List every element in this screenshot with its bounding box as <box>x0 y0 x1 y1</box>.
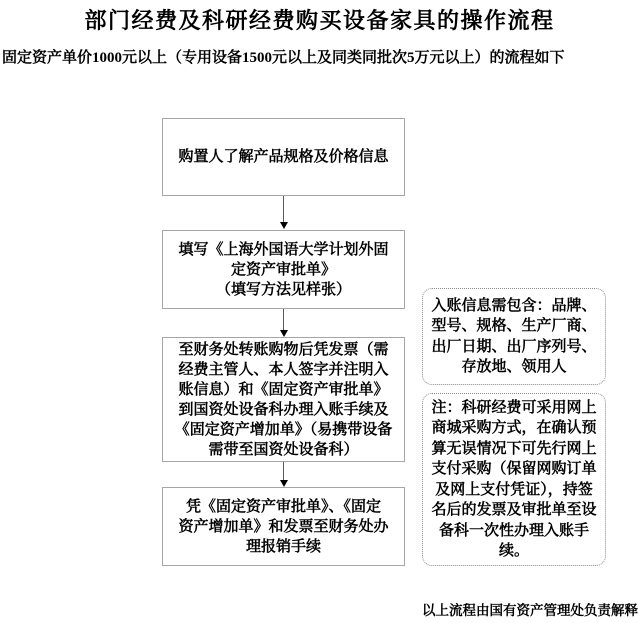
flow-step-3-text: 至财务处转账购物后凭发票（需 经费主管人、本人签字并注明入 账信息）和《固定资产… <box>175 340 393 460</box>
flow-step-4-text: 凭《固定资产审批单》、《固定 资产增加单》和发票至财务处办 理报销手续 <box>178 497 388 557</box>
arrow-down-icon <box>280 222 288 229</box>
flow-arrow-2 <box>279 309 288 337</box>
flow-arrow-3 <box>279 462 288 487</box>
flow-step-1: 购置人了解产品规格及价格信息 <box>162 118 405 196</box>
flow-arrow-1 <box>279 196 288 229</box>
flow-step-2: 填写《上海外国语大学计划外固 定资产审批单》 （填写方法见样张） <box>162 230 405 309</box>
note-research-procurement-text: 注：科研经费可采用网上 商城采购方式，在确认预 算无误情况下可先行网上 支付采购… <box>431 398 596 562</box>
flow-step-1-text: 购置人了解产品规格及价格信息 <box>178 147 388 167</box>
arrow-line <box>283 309 284 330</box>
note-entry-info-text: 入账信息需包含：品牌、 型号、规格、生产厂商、 出厂日期、出厂序列号、 存放地、… <box>431 296 596 378</box>
flow-step-4: 凭《固定资产审批单》、《固定 资产增加单》和发票至财务处办 理报销手续 <box>162 487 405 566</box>
arrow-line <box>283 462 284 480</box>
page-title: 部门经费及科研经费购买设备家具的操作流程 <box>0 4 639 35</box>
note-research-procurement: 注：科研经费可采用网上 商城采购方式，在确认预 算无误情况下可先行网上 支付采购… <box>422 393 606 566</box>
arrow-down-icon <box>280 330 288 337</box>
page-subtitle: 固定资产单价1000元以上（专用设备1500元以上及同类同批次5万元以上）的流程… <box>2 46 565 67</box>
note-entry-info: 入账信息需包含：品牌、 型号、规格、生产厂商、 出厂日期、出厂序列号、 存放地、… <box>422 288 606 385</box>
flow-step-2-text: 填写《上海外国语大学计划外固 定资产审批单》 （填写方法见样张） <box>178 240 388 300</box>
arrow-line <box>283 196 284 222</box>
arrow-down-icon <box>280 480 288 487</box>
flow-step-3: 至财务处转账购物后凭发票（需 经费主管人、本人签字并注明入 账信息）和《固定资产… <box>162 337 405 462</box>
flowchart-page: 部门经费及科研经费购买设备家具的操作流程 固定资产单价1000元以上（专用设备1… <box>0 0 639 623</box>
footer-note: 以上流程由国有资产管理处负责解释 <box>422 599 638 619</box>
